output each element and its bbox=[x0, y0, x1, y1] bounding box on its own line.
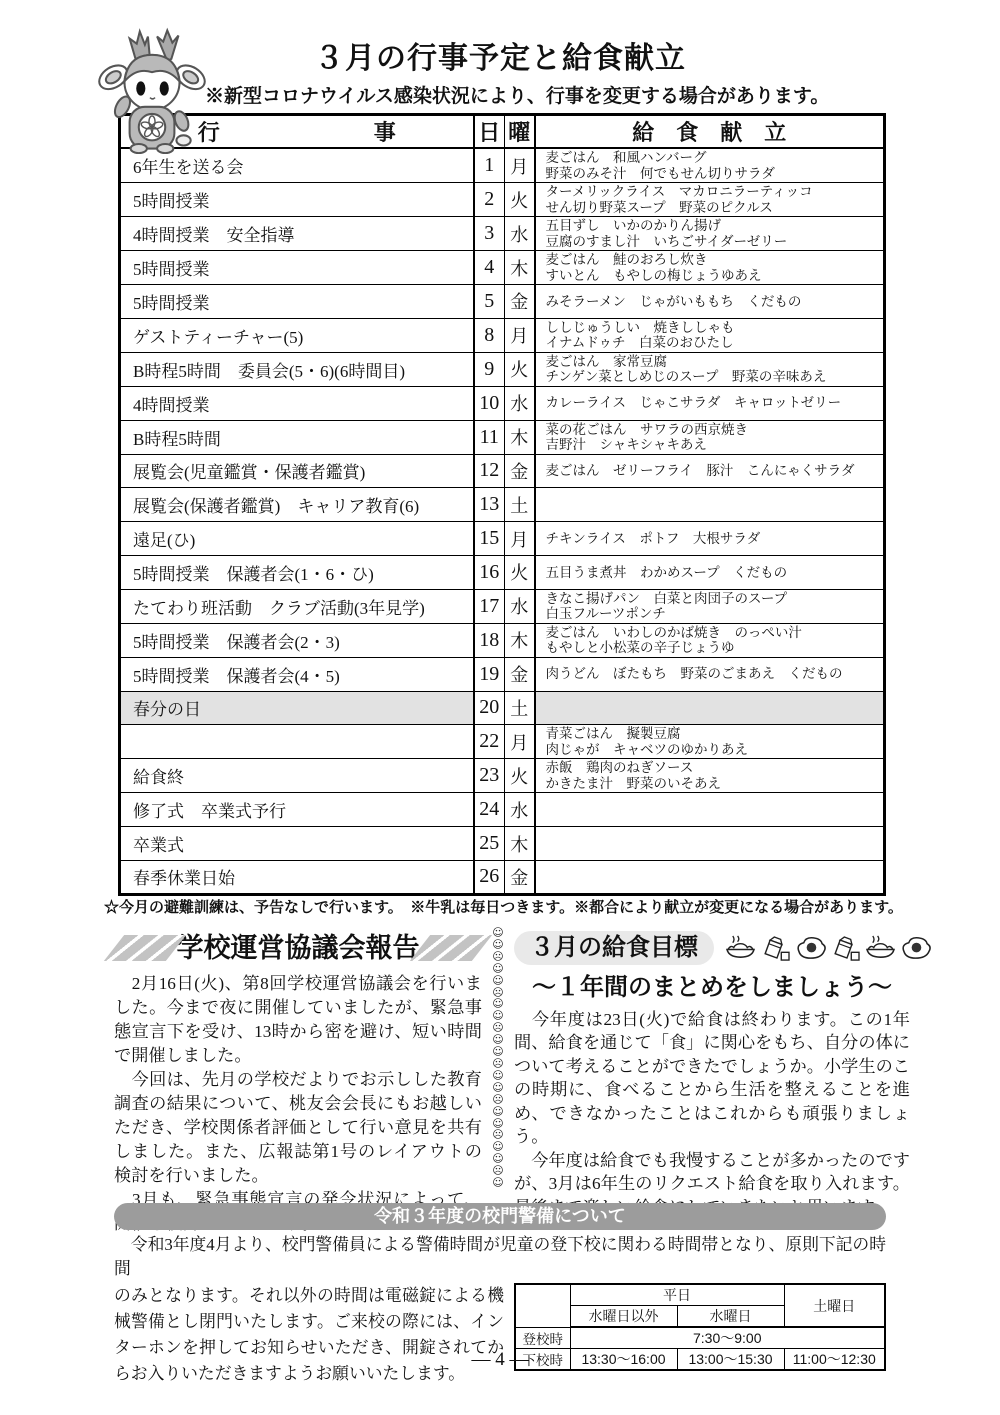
weekday-cell: 土 bbox=[505, 488, 535, 522]
menu-cell bbox=[535, 827, 885, 861]
schedule-row: 22 月 青菜ごはん 擬製豆腐 肉じゃが キャベツのゆかりあえ bbox=[120, 725, 885, 759]
gate-hours-corner-cell bbox=[515, 1284, 570, 1327]
event-cell: 5時間授業 保護者会(4・5) bbox=[120, 657, 474, 691]
menu-line-2: かきたま汁 野菜のいそあえ bbox=[546, 776, 880, 792]
menu-cell: チキンライス ポトフ 大根サラダ bbox=[535, 522, 885, 556]
event-cell: 4時間授業 bbox=[120, 386, 474, 420]
fried-egg-icon bbox=[899, 935, 932, 962]
event-cell bbox=[120, 725, 474, 759]
weekday-cell: 水 bbox=[505, 217, 535, 251]
day-cell: 22 bbox=[474, 725, 505, 759]
pie-icon bbox=[864, 935, 897, 962]
schedule-row: ゲストティーチャー(5) 8 月 ししじゅうしい 焼きししゃも イナムドゥチ 白… bbox=[120, 318, 885, 352]
gate-hours-header-row: 平日 土曜日 bbox=[515, 1284, 885, 1306]
weekday-cell: 月 bbox=[505, 148, 535, 183]
menu-line-1: 菜の花ごはん サワラの西京焼き bbox=[546, 422, 880, 438]
council-report-title: 学校運営協議会報告 bbox=[176, 935, 420, 962]
smiley-face-icon: ☺ bbox=[492, 963, 503, 975]
event-cell: 展覧会(保護者鑑賞) キャリア教育(6) bbox=[120, 488, 474, 522]
menu-cell: ししじゅうしい 焼きししゃも イナムドゥチ 白菜のおひたし bbox=[535, 318, 885, 352]
menu-line-1: チキンライス ポトフ 大根サラダ bbox=[546, 531, 880, 547]
lunch-goal-section: ３月の給食目標 bbox=[514, 926, 910, 1219]
page-number: ― 4 ― bbox=[0, 1349, 1000, 1371]
smiley-face-icon: ☹ bbox=[492, 951, 503, 963]
col-header-day: 日 bbox=[474, 115, 505, 149]
day-cell: 20 bbox=[474, 691, 505, 725]
menu-line-1: カレーライス じゃこサラダ キャロットゼリー bbox=[546, 395, 880, 411]
event-cell: ゲストティーチャー(5) bbox=[120, 318, 474, 352]
day-cell: 24 bbox=[474, 793, 505, 827]
day-cell: 1 bbox=[474, 148, 505, 183]
menu-line-2: すいとん もやしの梅じょうゆあえ bbox=[546, 268, 880, 284]
deer-mascot-illustration bbox=[96, 26, 208, 154]
council-report-header: 学校運営協議会報告 bbox=[114, 928, 482, 968]
schedule-row: 5時間授業 5 金 みそラーメン じゃがいももち くだもの bbox=[120, 285, 885, 319]
table-footnote: ☆今月の避難訓練は、予告なしで行います。 ※牛乳は毎日つきます。※都合により献立… bbox=[104, 899, 904, 918]
schedule-row: 春季休業日始 26 金 bbox=[120, 860, 885, 894]
menu-cell: ターメリックライス マカロニラーティッコ せん切り野菜スープ 野菜のピクルス bbox=[535, 183, 885, 217]
weekday-cell: 木 bbox=[505, 420, 535, 454]
non-wednesday-header-cell: 水曜日以外 bbox=[570, 1306, 677, 1328]
event-cell: 修了式 卒業式予行 bbox=[120, 793, 474, 827]
weekday-cell: 水 bbox=[505, 793, 535, 827]
wednesday-header-cell: 水曜日 bbox=[677, 1306, 784, 1328]
weekday-cell: 火 bbox=[505, 183, 535, 217]
food-icons-row bbox=[724, 935, 932, 962]
schedule-row: 5時間授業 保護者会(2・3) 18 木 麦ごはん いわしのかば焼き のっぺい汁… bbox=[120, 623, 885, 657]
menu-cell: 麦ごはん 鮭のおろし炊き すいとん もやしの梅じょうゆあえ bbox=[535, 251, 885, 285]
menu-line-1: 麦ごはん 家常豆腐 bbox=[546, 354, 880, 370]
menu-line-1: 五目うま煮丼 わかめスープ くだもの bbox=[546, 565, 880, 581]
schedule-row: 6年生を送る会 1 月 麦ごはん 和風ハンバーグ 野菜のみそ汁 何でもせん切りサ… bbox=[120, 148, 885, 183]
event-cell: 春季休業日始 bbox=[120, 860, 474, 894]
col-header-weekday: 曜 bbox=[505, 115, 535, 149]
day-cell: 11 bbox=[474, 420, 505, 454]
menu-line-2: 白玉フルーツポンチ bbox=[546, 606, 880, 622]
menu-cell: カレーライス じゃこサラダ キャロットゼリー bbox=[535, 386, 885, 420]
day-cell: 4 bbox=[474, 251, 505, 285]
schedule-row: 給食終 23 火 赤飯 鶏肉のねぎソース かきたま汁 野菜のいそあえ bbox=[120, 759, 885, 793]
lunch-goal-paragraph: 今年度は23日(火)で給食は終わります。この1年間、給食を通じて「食」に関心をも… bbox=[514, 1008, 910, 1149]
event-cell: 5時間授業 bbox=[120, 251, 474, 285]
weekday-cell: 月 bbox=[505, 522, 535, 556]
day-cell: 23 bbox=[474, 759, 505, 793]
weekday-cell: 金 bbox=[505, 860, 535, 894]
day-cell: 18 bbox=[474, 623, 505, 657]
stripe-decoration-right-icon bbox=[410, 935, 492, 961]
smiley-divider: ☺☺☹☺☺☹☺☺☹☺☺☹☺☺☹☺☺☹☺☺☹☺ bbox=[488, 927, 508, 1189]
event-cell: 5時間授業 保護者会(1・6・ひ) bbox=[120, 555, 474, 589]
menu-line-2: イナムドゥチ 白菜のおひたし bbox=[546, 335, 880, 351]
day-cell: 2 bbox=[474, 183, 505, 217]
schedule-row: 5時間授業 保護者会(1・6・ひ) 16 火 五目うま煮丼 わかめスープ くだも… bbox=[120, 555, 885, 589]
weekday-cell: 木 bbox=[505, 827, 535, 861]
menu-line-1: 肉うどん ぼたもち 野菜のごまあえ くだもの bbox=[546, 666, 880, 682]
schedule-row: 春分の日 20 土 bbox=[120, 691, 885, 725]
weekday-cell: 月 bbox=[505, 725, 535, 759]
col-header-menu: 給 食 献 立 bbox=[535, 115, 885, 149]
day-cell: 12 bbox=[474, 454, 505, 488]
menu-cell: 五目うま煮丼 わかめスープ くだもの bbox=[535, 555, 885, 589]
pie-icon bbox=[724, 935, 757, 962]
day-cell: 5 bbox=[474, 285, 505, 319]
menu-cell: 麦ごはん ゼリーフライ 豚汁 こんにゃくサラダ bbox=[535, 454, 885, 488]
menu-line-1: 麦ごはん 鮭のおろし炊き bbox=[546, 252, 880, 268]
menu-cell bbox=[535, 860, 885, 894]
event-cell: 5時間授業 bbox=[120, 285, 474, 319]
schedule-row: 4時間授業 安全指導 3 水 五目ずし いかのかりん揚げ 豆腐のすまし汁 いちご… bbox=[120, 217, 885, 251]
menu-line-2: 野菜のみそ汁 何でもせん切りサラダ bbox=[546, 166, 880, 182]
smiley-face-icon: ☺ bbox=[492, 975, 503, 987]
smiley-face-icon: ☺ bbox=[492, 1106, 503, 1118]
menu-line-1: ターメリックライス マカロニラーティッコ bbox=[546, 184, 880, 200]
schedule-row: たてわり班活動 クラブ活動(3年見学) 17 水 きなこ揚げパン 白菜と肉団子の… bbox=[120, 589, 885, 623]
menu-line-1: 赤飯 鶏肉のねぎソース bbox=[546, 760, 880, 776]
schedule-row: 展覧会(保護者鑑賞) キャリア教育(6) 13 土 bbox=[120, 488, 885, 522]
weekday-cell: 土 bbox=[505, 691, 535, 725]
schedule-header-row: 行 事 日 曜 給 食 献 立 bbox=[120, 115, 885, 149]
weekday-cell: 火 bbox=[505, 759, 535, 793]
event-cell: B時程5時間 委員会(5・6)(6時間目) bbox=[120, 352, 474, 386]
menu-cell bbox=[535, 691, 885, 725]
lunch-goal-header: ３月の給食目標 bbox=[514, 926, 910, 970]
menu-line-1: 麦ごはん ゼリーフライ 豚汁 こんにゃくサラダ bbox=[546, 463, 880, 479]
menu-cell: 肉うどん ぼたもち 野菜のごまあえ くだもの bbox=[535, 657, 885, 691]
event-cell: 5時間授業 bbox=[120, 183, 474, 217]
weekday-header-cell: 平日 bbox=[570, 1284, 784, 1306]
menu-line-2: 肉じゃが キャベツのゆかりあえ bbox=[546, 742, 880, 758]
schedule-row: 5時間授業 4 木 麦ごはん 鮭のおろし炊き すいとん もやしの梅じょうゆあえ bbox=[120, 251, 885, 285]
event-cell: 卒業式 bbox=[120, 827, 474, 861]
menu-cell: きなこ揚げパン 白菜と肉団子のスープ 白玉フルーツポンチ bbox=[535, 589, 885, 623]
menu-line-1: きなこ揚げパン 白菜と肉団子のスープ bbox=[546, 591, 880, 607]
weekday-cell: 金 bbox=[505, 285, 535, 319]
weekday-cell: 水 bbox=[505, 589, 535, 623]
weekday-cell: 金 bbox=[505, 454, 535, 488]
schedule-row: 5時間授業 2 火 ターメリックライス マカロニラーティッコ せん切り野菜スープ… bbox=[120, 183, 885, 217]
weekday-cell: 木 bbox=[505, 623, 535, 657]
smiley-face-icon: ☺ bbox=[492, 1177, 503, 1189]
menu-line-2: 豆腐のすまし汁 いちごサイダーゼリー bbox=[546, 234, 880, 250]
menu-cell: 五目ずし いかのかりん揚げ 豆腐のすまし汁 いちごサイダーゼリー bbox=[535, 217, 885, 251]
day-cell: 10 bbox=[474, 386, 505, 420]
arrival-time-cell: 7:30～9:00 bbox=[570, 1327, 885, 1349]
event-cell: 給食終 bbox=[120, 759, 474, 793]
menu-cell: 麦ごはん いわしのかば焼き のっぺい汁 もやしと小松菜の辛子じょうゆ bbox=[535, 623, 885, 657]
council-paragraph: 2月16日(火)、第8回学校運営協議会を行いました。今まで夜に開催していましたが… bbox=[114, 972, 482, 1068]
day-cell: 9 bbox=[474, 352, 505, 386]
menu-line-2: チンゲン菜としめじのスープ 野菜の辛味あえ bbox=[546, 369, 880, 385]
lunch-goal-subtitle: ～１年間のまとめをしましょう～ bbox=[514, 974, 910, 1002]
schedule-table: 行 事 日 曜 給 食 献 立 6年生を送る会 1 月 麦ごはん 和風ハンバーグ… bbox=[118, 113, 886, 896]
schedule-row: B時程5時間 委員会(5・6)(6時間目) 9 火 麦ごはん 家常豆腐 チンゲン… bbox=[120, 352, 885, 386]
arrival-label-cell: 登校時 bbox=[515, 1327, 570, 1349]
menu-cell bbox=[535, 488, 885, 522]
weekday-cell: 木 bbox=[505, 251, 535, 285]
schedule-row: 4時間授業 10 水 カレーライス じゃこサラダ キャロットゼリー bbox=[120, 386, 885, 420]
event-cell: 4時間授業 安全指導 bbox=[120, 217, 474, 251]
milk-carton-icon bbox=[759, 935, 792, 962]
weekday-cell: 火 bbox=[505, 352, 535, 386]
council-report-section: 学校運営協議会報告 2月16日(火)、第8回学校運営協議会を行いました。今まで夜… bbox=[114, 928, 482, 1236]
menu-cell: 麦ごはん 和風ハンバーグ 野菜のみそ汁 何でもせん切りサラダ bbox=[535, 148, 885, 183]
menu-line-1: みそラーメン じゃがいももち くだもの bbox=[546, 294, 880, 310]
council-paragraph: 今回は、先月の学校だよりでお示しした教育調査の結果について、桃友会会長にもお越し… bbox=[114, 1068, 482, 1188]
event-cell: たてわり班活動 クラブ活動(3年見学) bbox=[120, 589, 474, 623]
menu-line-2: 吉野汁 シャキシャキあえ bbox=[546, 437, 880, 453]
menu-cell: 赤飯 鶏肉のねぎソース かきたま汁 野菜のいそあえ bbox=[535, 759, 885, 793]
day-cell: 15 bbox=[474, 522, 505, 556]
menu-line-1: 麦ごはん いわしのかば焼き のっぺい汁 bbox=[546, 625, 880, 641]
day-cell: 3 bbox=[474, 217, 505, 251]
fried-egg-icon bbox=[794, 935, 827, 962]
schedule-row: 展覧会(児童鑑賞・保護者鑑賞) 12 金 麦ごはん ゼリーフライ 豚汁 こんにゃ… bbox=[120, 454, 885, 488]
stripe-decoration-left-icon bbox=[104, 935, 186, 961]
menu-cell bbox=[535, 793, 885, 827]
gate-security-banner: 令和３年度の校門警備について bbox=[114, 1203, 886, 1230]
lunch-goal-title: ３月の給食目標 bbox=[514, 931, 714, 965]
weekday-cell: 金 bbox=[505, 657, 535, 691]
menu-cell: みそラーメン じゃがいももち くだもの bbox=[535, 285, 885, 319]
arrival-row: 登校時 7:30～9:00 bbox=[515, 1327, 885, 1349]
event-cell: B時程5時間 bbox=[120, 420, 474, 454]
menu-line-2: もやしと小松菜の辛子じょうゆ bbox=[546, 640, 880, 656]
day-cell: 13 bbox=[474, 488, 505, 522]
event-cell: 遠足(ひ) bbox=[120, 522, 474, 556]
event-cell: 5時間授業 保護者会(2・3) bbox=[120, 623, 474, 657]
menu-line-1: ししじゅうしい 焼きししゃも bbox=[546, 320, 880, 336]
menu-cell: 菜の花ごはん サワラの西京焼き 吉野汁 シャキシャキあえ bbox=[535, 420, 885, 454]
smiley-face-icon: ☺ bbox=[492, 1082, 503, 1094]
weekday-cell: 月 bbox=[505, 318, 535, 352]
schedule-row: 遠足(ひ) 15 月 チキンライス ポトフ 大根サラダ bbox=[120, 522, 885, 556]
milk-carton-icon bbox=[829, 935, 862, 962]
day-cell: 25 bbox=[474, 827, 505, 861]
schedule-row: 卒業式 25 木 bbox=[120, 827, 885, 861]
day-cell: 8 bbox=[474, 318, 505, 352]
weekday-cell: 火 bbox=[505, 555, 535, 589]
page-subtitle: ※新型コロナウイルス感染状況により、行事を変更する場合があります。 bbox=[205, 86, 829, 109]
day-cell: 16 bbox=[474, 555, 505, 589]
schedule-row: B時程5時間 11 木 菜の花ごはん サワラの西京焼き 吉野汁 シャキシャキあえ bbox=[120, 420, 885, 454]
menu-cell: 青菜ごはん 擬製豆腐 肉じゃが キャベツのゆかりあえ bbox=[535, 725, 885, 759]
day-cell: 17 bbox=[474, 589, 505, 623]
menu-line-2: せん切り野菜スープ 野菜のピクルス bbox=[546, 200, 880, 216]
saturday-header-cell: 土曜日 bbox=[784, 1284, 885, 1327]
smiley-face-icon: ☺ bbox=[492, 1070, 503, 1082]
schedule-row: 修了式 卒業式予行 24 水 bbox=[120, 793, 885, 827]
smiley-face-icon: ☹ bbox=[492, 1094, 503, 1106]
menu-line-1: 麦ごはん 和風ハンバーグ bbox=[546, 150, 880, 166]
weekday-cell: 水 bbox=[505, 386, 535, 420]
event-cell: 展覧会(児童鑑賞・保護者鑑賞) bbox=[120, 454, 474, 488]
day-cell: 19 bbox=[474, 657, 505, 691]
gate-security-line1: 令和3年度4月より、校門警備員による警備時間が児童の登下校に関わる時間帯となり、… bbox=[114, 1233, 886, 1281]
menu-line-1: 青菜ごはん 擬製豆腐 bbox=[546, 726, 880, 742]
day-cell: 26 bbox=[474, 860, 505, 894]
schedule-row: 5時間授業 保護者会(4・5) 19 金 肉うどん ぼたもち 野菜のごまあえ く… bbox=[120, 657, 885, 691]
menu-cell: 麦ごはん 家常豆腐 チンゲン菜としめじのスープ 野菜の辛味あえ bbox=[535, 352, 885, 386]
event-cell: 春分の日 bbox=[120, 691, 474, 725]
gate-security-body: のみとなります。それ以外の時間は電磁錠による機械警備とし閉門いたします。ご来校の… bbox=[114, 1283, 504, 1387]
menu-line-1: 五目ずし いかのかりん揚げ bbox=[546, 218, 880, 234]
